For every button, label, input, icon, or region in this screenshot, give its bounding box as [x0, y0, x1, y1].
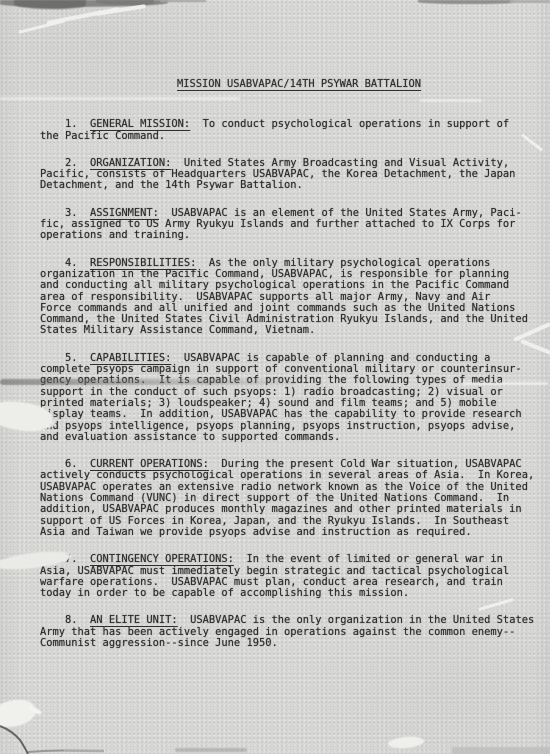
paragraph-first-line-text: USABVAPAC is capable of planning and con…: [171, 352, 490, 364]
paragraph-first-line: 7. CONTINGENCY OPERATIONS: In the event …: [40, 554, 543, 565]
bottom-edge-smudge: [175, 748, 247, 752]
paragraph-line: Detachment, and the 14th Psywar Battalio…: [40, 180, 543, 191]
paragraph-first-line-text: To conduct psychological operations in s…: [190, 118, 509, 130]
document-body: 1. GENERAL MISSION: To conduct psycholog…: [40, 119, 543, 649]
paragraph: 5. CAPABILITIES: USABVAPAC is capable of…: [40, 353, 543, 443]
paragraph-line: operations and training.: [40, 230, 543, 241]
paragraph-heading: RESPONSIBILITIES:: [90, 257, 196, 269]
scan-smudge-top-left-tail: [160, 0, 206, 2]
paragraph-line: today in order to be capable of accompli…: [40, 588, 543, 599]
paragraph-line: States Military Assistance Command, Viet…: [40, 325, 543, 336]
scan-smudge-top-right-tail: [510, 0, 550, 3]
paragraph-heading: AN ELITE UNIT:: [90, 614, 178, 626]
white-blob-bottom-center: [388, 735, 425, 749]
paragraph-heading: ASSIGNMENT:: [90, 207, 159, 219]
paragraph-line: and evaluation assistance to supported c…: [40, 432, 543, 443]
white-starburst-bottom-left: [0, 695, 39, 731]
paragraph-first-line-text: USABVAPAC is an element of the United St…: [159, 207, 522, 219]
paragraph: 2. ORGANIZATION: United States Army Broa…: [40, 158, 543, 192]
paragraph: 7. CONTINGENCY OPERATIONS: In the event …: [40, 554, 543, 599]
paragraph-heading: CONTINGENCY OPERATIONS:: [90, 553, 234, 565]
paragraph-line: Asia and Taiwan we provide psyops advise…: [40, 527, 543, 538]
paragraph-number: 5.: [40, 352, 90, 364]
paragraph-line: gency operations. It is capable of provi…: [40, 375, 543, 386]
paragraph: 4. RESPONSIBILITIES: As the only militar…: [40, 258, 543, 337]
paragraph-line: Communist aggression--since June 1950.: [40, 638, 543, 649]
scan-smudge-top-left-dark2: [96, 0, 154, 5]
paragraph-number: 7.: [40, 553, 90, 565]
paragraph-first-line-text: As the only military psychological opera…: [196, 257, 490, 269]
paragraph-first-line-text: In the event of limited or general war i…: [234, 553, 503, 565]
paragraph-line: display teams. In addition, USABVAPAC ha…: [40, 409, 543, 420]
paragraph: 1. GENERAL MISSION: To conduct psycholog…: [40, 119, 543, 142]
paragraph-heading: CAPABILITIES:: [90, 352, 171, 364]
paragraph-number: 1.: [40, 118, 90, 130]
document-title: MISSION USABVAPAC/14TH PSYWAR BATTALION: [177, 79, 543, 90]
document-text-column: MISSION USABVAPAC/14TH PSYWAR BATTALION …: [40, 79, 543, 665]
paragraph-first-line: 1. GENERAL MISSION: To conduct psycholog…: [40, 119, 543, 130]
scratch-top-left-2: [18, 19, 65, 34]
scratch-top-left-1: [46, 7, 119, 25]
scanned-document-page: MISSION USABVAPAC/14TH PSYWAR BATTALION …: [0, 0, 550, 754]
paragraph-number: 4.: [40, 257, 90, 269]
paragraph-line: and conducting all military psychologica…: [40, 280, 543, 291]
scratch-top-left-3: [96, 4, 146, 15]
paragraph-first-line-text: USABVAPAC is the only organization in th…: [178, 614, 535, 626]
paragraph-number: 3.: [40, 207, 90, 219]
white-starburst-spike: [28, 705, 43, 715]
paragraph-line: addition, USABVAPAC produces monthly mag…: [40, 504, 543, 515]
paragraph-line: the Pacific Command.: [40, 131, 543, 142]
scan-smudge-top-left: [0, 0, 168, 7]
paragraph: 6. CURRENT OPERATIONS: During the presen…: [40, 459, 543, 538]
fold-crease-bottom-left: [0, 718, 140, 754]
scan-smudge-top-right: [418, 0, 514, 4]
paragraph-heading: GENERAL MISSION:: [90, 118, 190, 130]
paragraph-first-line: 8. AN ELITE UNIT: USABVAPAC is the only …: [40, 615, 543, 626]
gray-patch-bottom-right: [452, 747, 550, 754]
paragraph-number: 8.: [40, 614, 90, 626]
paragraph: 3. ASSIGNMENT: USABVAPAC is an element o…: [40, 208, 543, 242]
scan-smudge-top-left-dark: [14, 0, 86, 9]
paragraph: 8. AN ELITE UNIT: USABVAPAC is the only …: [40, 615, 543, 649]
